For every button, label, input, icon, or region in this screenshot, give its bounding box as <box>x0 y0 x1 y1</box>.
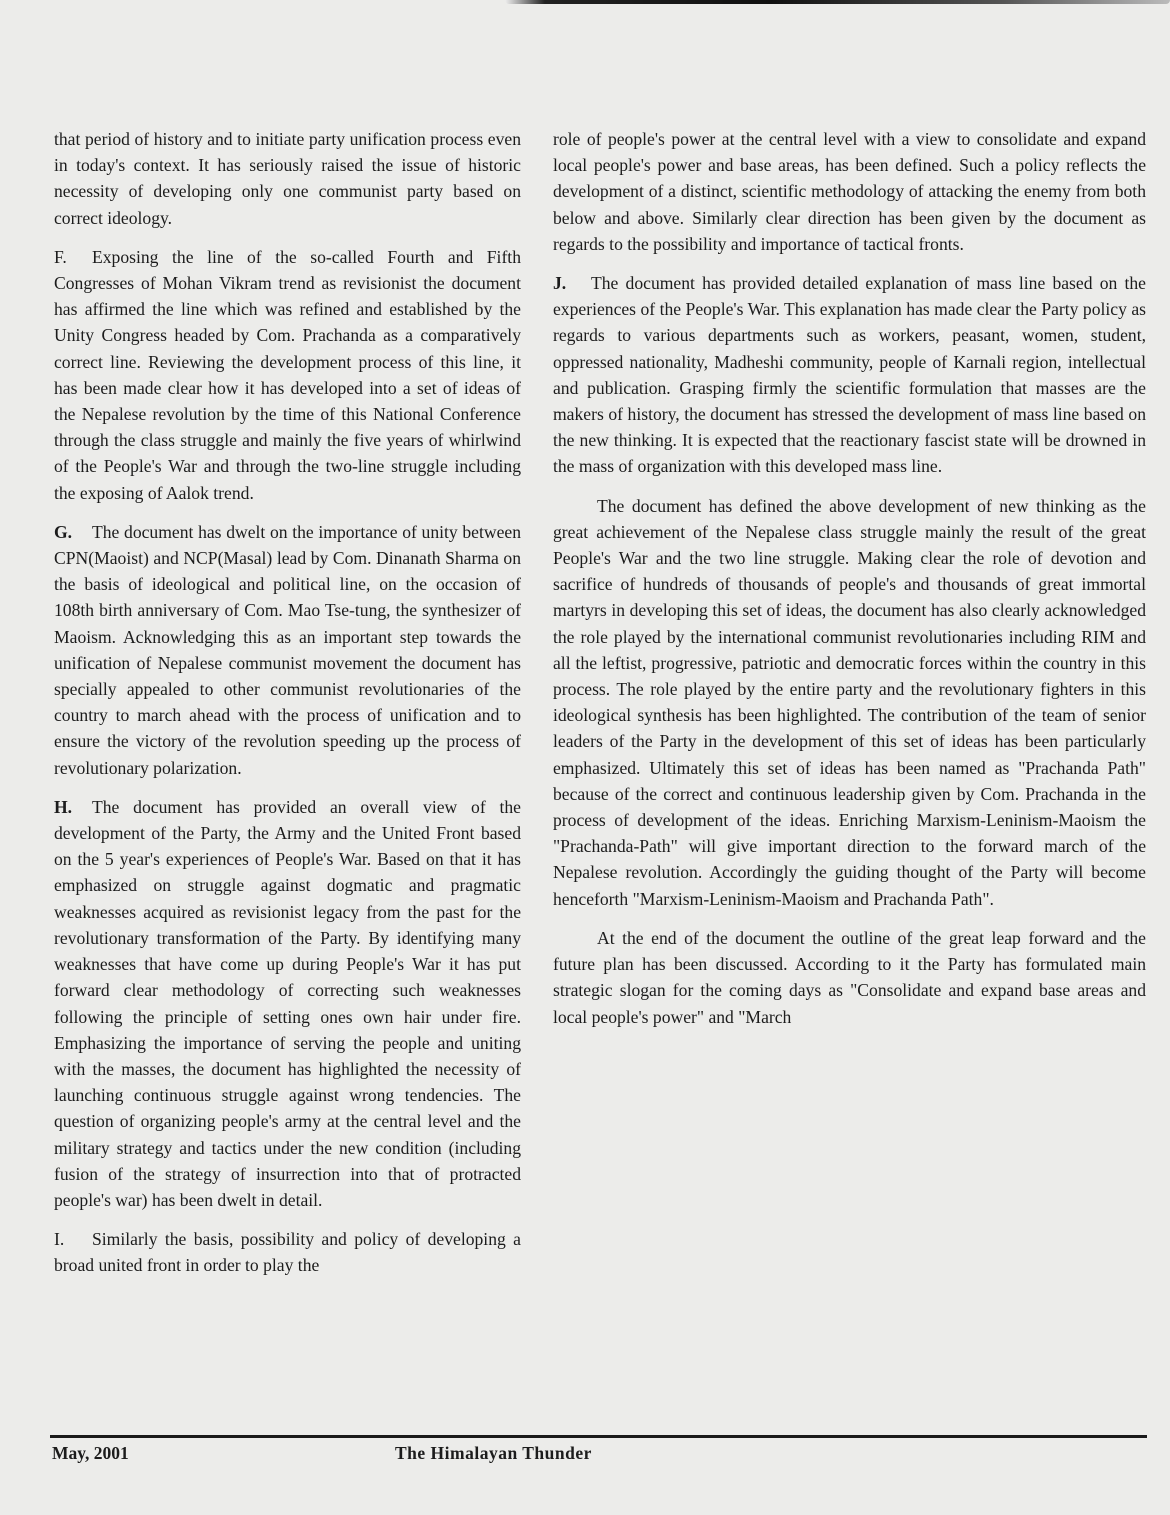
paragraph-marker: J. <box>553 270 591 296</box>
top-decorative-rule <box>505 0 1170 4</box>
footer-date: May, 2001 <box>52 1443 129 1464</box>
paragraph-marker: H. <box>54 794 92 820</box>
paragraph-future-plan: At the end of the document the outline o… <box>553 925 1146 1030</box>
paragraph-new-thinking: The document has defined the above devel… <box>553 493 1146 912</box>
paragraph-marker: F. <box>54 244 92 270</box>
paragraph-j: J.The document has provided detailed exp… <box>553 270 1146 480</box>
right-column: role of people's power at the central le… <box>553 126 1146 1043</box>
footer-publication-title: The Himalayan Thunder <box>395 1443 592 1464</box>
paragraph-f: F.Exposing the line of the so-called Fou… <box>54 244 521 506</box>
paragraph-g: G.The document has dwelt on the importan… <box>54 519 521 781</box>
paragraph-h: H.The document has provided an overall v… <box>54 794 521 1213</box>
paragraph-i: I.Similarly the basis, possibility and p… <box>54 1226 521 1278</box>
footer-rule <box>50 1435 1147 1438</box>
paragraph-marker: G. <box>54 519 92 545</box>
paragraph-i-continuation: role of people's power at the central le… <box>553 126 1146 257</box>
paragraph-marker: I. <box>54 1226 92 1252</box>
paragraph-continuation: that period of history and to initiate p… <box>54 126 521 231</box>
left-column: that period of history and to initiate p… <box>54 126 521 1292</box>
